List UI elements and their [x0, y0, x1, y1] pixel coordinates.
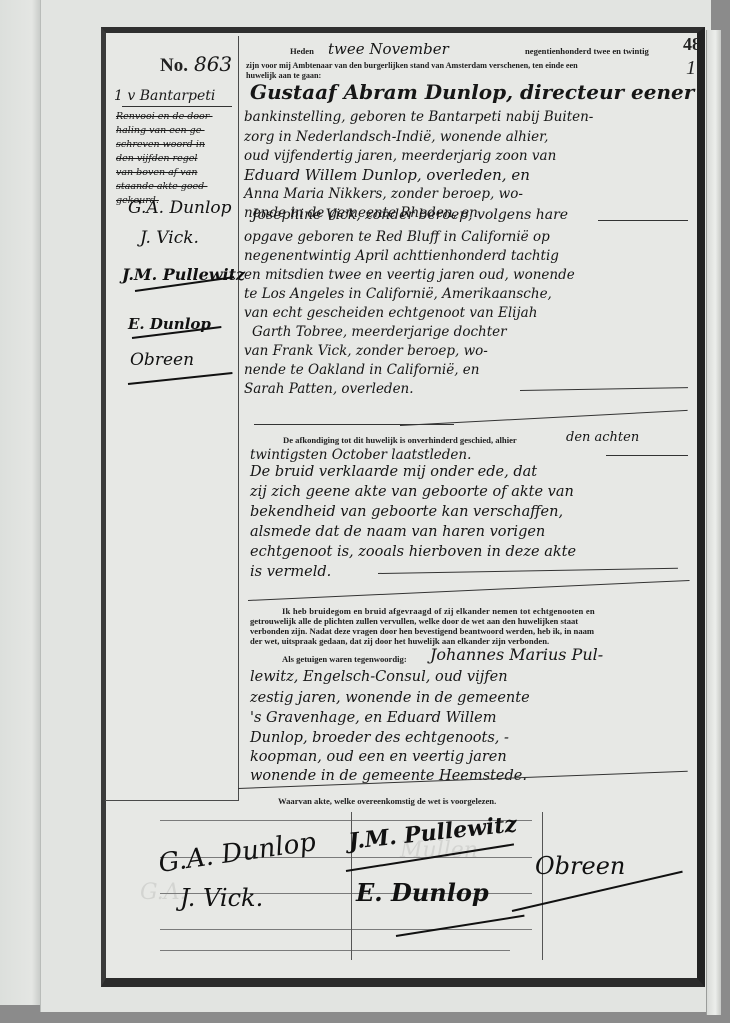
bride-line: van Frank Vick, zonder beroep, wo- [244, 342, 488, 361]
proclamation-line: zij zich geene akte van geboorte of akte… [250, 483, 574, 502]
fill-rule [606, 455, 688, 456]
groom-line: bankinstelling, geboren te Bantarpeti na… [244, 108, 593, 127]
signature-grid-line [160, 929, 532, 930]
witness-line: Dunlop, broeder des echtgenoots, - [250, 729, 509, 748]
witness-line: 's Gravenhage, en Eduard Willem [250, 709, 496, 728]
proclamation-line: De bruid verklaarde mij onder ede, dat [250, 463, 537, 482]
bride-line: en mitsdien twee en veertig jaren oud, w… [244, 266, 575, 285]
margin-correction-note: Renvooi en de door- haling van een ge- s… [116, 110, 236, 208]
witness-line: lewitz, Engelsch-Consul, oud vijfen [250, 668, 508, 687]
date-intro: Heden [290, 46, 314, 56]
bride-line: nende te Oakland in Californië, en [244, 361, 479, 380]
bride-line: Josephine Vick, zonder beroep, volgens h… [252, 206, 568, 225]
fill-rule [598, 220, 688, 221]
margin-note-line: schreven woord in [116, 138, 236, 152]
page-number: 48 [683, 34, 701, 55]
groom-line: Gustaaf Abram Dunlop, directeur eener [250, 83, 694, 102]
facing-page-edge [0, 0, 40, 1005]
bride-line: opgave geboren te Red Bluff in Californi… [244, 228, 550, 247]
section-divider [254, 424, 454, 425]
closing-statement: Waarvan akte, welke overeenkomstig de we… [278, 796, 496, 806]
signature-bride: J. Vick. [180, 884, 263, 912]
date-handwritten: twee November [328, 40, 449, 58]
margin-signature-registrar: Obreen [130, 350, 194, 370]
page-mark: 1 [686, 57, 696, 80]
margin-title: 1 v Bantarpeti [114, 88, 215, 104]
proclamation-line: den achten [566, 428, 639, 447]
witnesses-printed: Als getuigen waren tegenwoordig: [282, 654, 407, 664]
margin-signature-witness-1: J.M. Pullewitz [122, 265, 245, 284]
groom-line: zorg in Nederlandsch-Indië, wonende alhi… [244, 128, 548, 147]
declaration-line: Ik heb bruidegom en bruid afgevraagd of … [282, 606, 595, 616]
declaration-line: getrouwelijk alle de plichten zullen ver… [250, 616, 578, 626]
margin-note-line: haling van een ge- [116, 124, 236, 138]
record-number: No.863 [160, 52, 232, 77]
bride-line: te Los Angeles in Californië, Amerikaans… [244, 285, 552, 304]
stacked-page-edges [706, 30, 721, 1015]
date-line: Heden twee November negentienhonderd twe… [290, 44, 649, 56]
signature-witness-2: E. Dunlop [356, 878, 489, 907]
proclamation-line: bekendheid van geboorte kan verschaffen, [250, 503, 563, 522]
signature-registrar: Obreen [535, 852, 625, 880]
bride-line: Garth Tobree, meerderjarige dochter [252, 323, 507, 342]
bride-line: van echt gescheiden echtgenoot van Elija… [244, 304, 537, 323]
proclamation-printed: De afkondiging tot dit huwelijk is onver… [283, 435, 517, 445]
margin-signature-groom: G.A. Dunlop [128, 198, 232, 218]
witness-line: koopman, oud een en veertig jaren [250, 748, 507, 767]
groom-line: Anna Maria Nikkers, zonder beroep, wo- [244, 185, 523, 204]
signature-grid-divider [542, 812, 543, 960]
witness-line: zestig jaren, wonende in de gemeente [250, 689, 530, 708]
bride-line: negenentwintig April achttienhonderd tac… [244, 247, 559, 266]
margin-title-rule [122, 106, 232, 107]
groom-line: Eduard Willem Dunlop, overleden, en [244, 166, 530, 185]
margin-note-line: Renvooi en de door- [116, 110, 236, 124]
witness-line: Johannes Marius Pul- [430, 645, 603, 664]
signature-grid-line [160, 950, 510, 951]
bride-line: Sarah Patten, overleden. [244, 380, 414, 399]
margin-note-line: van boven af van [116, 166, 236, 180]
proclamation-line: alsmede dat de naam van haren vorigen [250, 523, 545, 542]
proclamation-line: is vermeld. [250, 563, 331, 582]
margin-signature-bride: J. Vick. [140, 228, 199, 248]
margin-note-line: den vijfden regel [116, 152, 236, 166]
declaration-line: verbonden zijn. Nadat deze vragen door h… [250, 626, 594, 636]
intro-line-2: zijn voor mij Ambtenaar van den burgerli… [246, 61, 578, 71]
groom-line: oud vijfendertig jaren, meerderjarig zoo… [244, 147, 556, 166]
date-printed-tail: negentienhonderd twee en twintig [525, 46, 649, 56]
margin-note-line: staande akte goed- [116, 180, 236, 194]
proclamation-line: echtgenoot is, zooals hierboven in deze … [250, 543, 576, 562]
record-number-value: 863 [194, 52, 232, 76]
record-number-prefix: No. [160, 55, 188, 76]
